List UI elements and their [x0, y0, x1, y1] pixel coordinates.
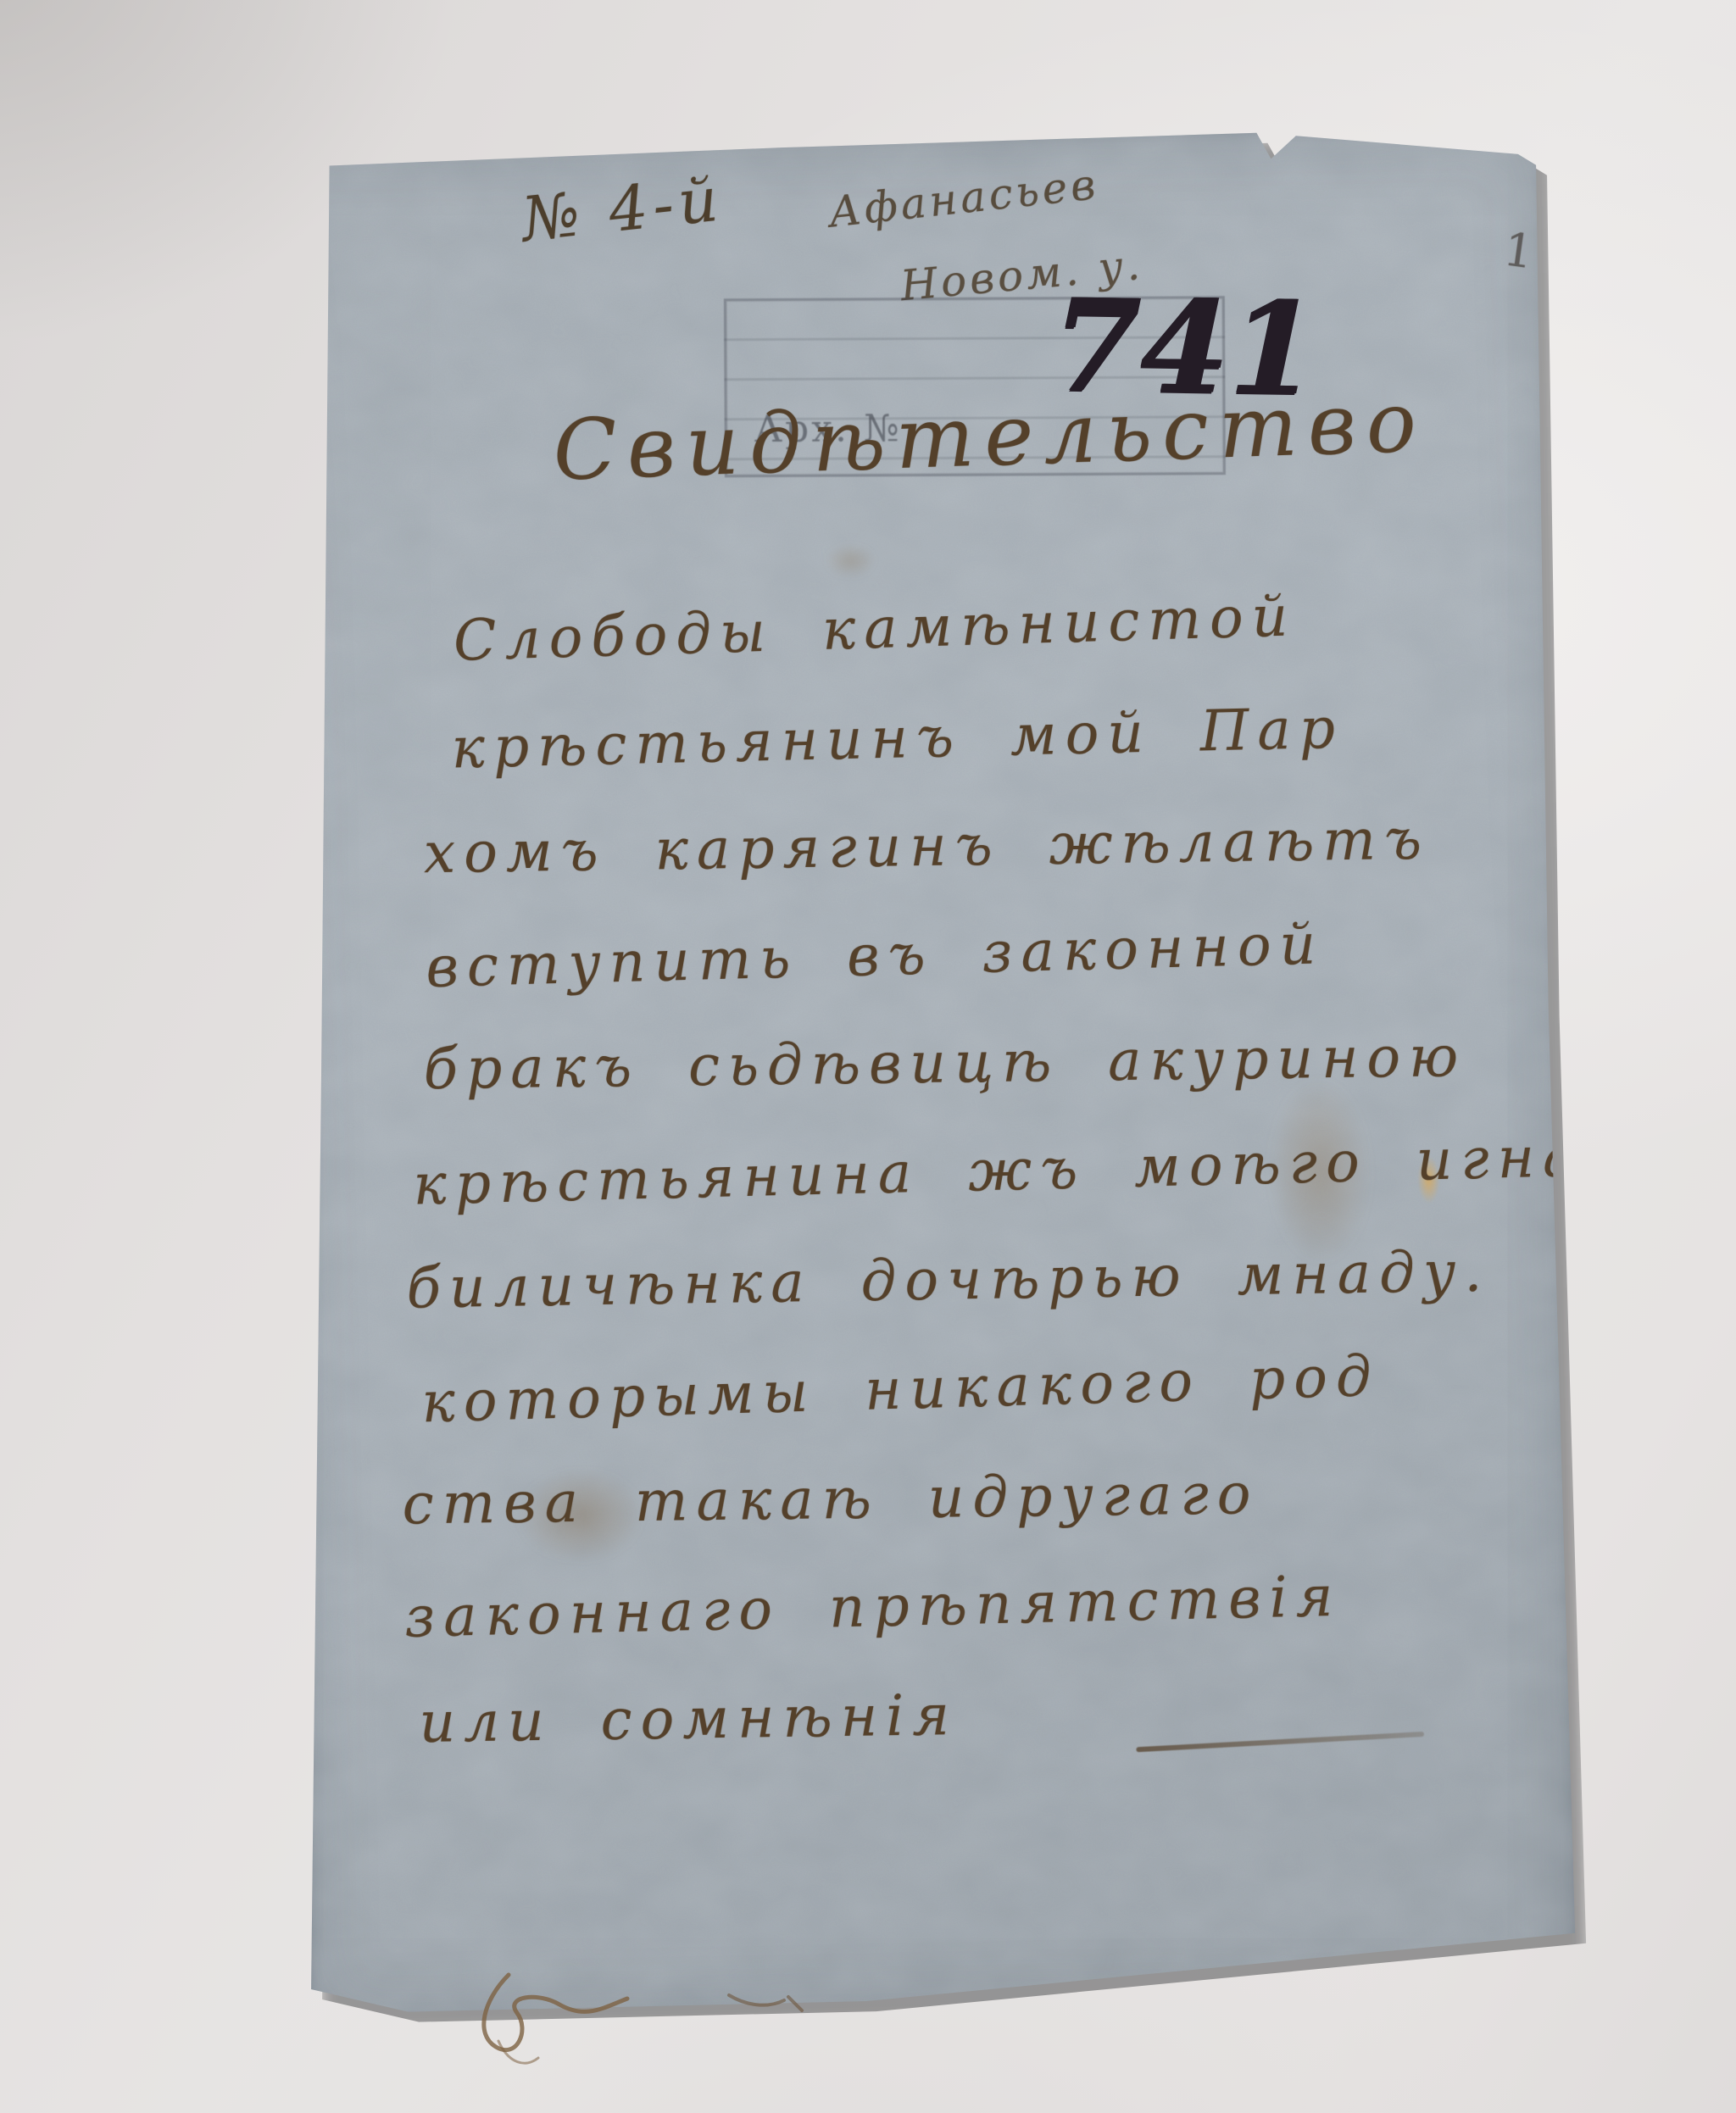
flourish-stroke	[1136, 1732, 1424, 1752]
case-number-annotation: № 4-й	[519, 163, 726, 255]
handwritten-line-8: которымы никакого род	[420, 1343, 1380, 1436]
handwritten-line-1: Слободы камѣнистой	[453, 583, 1297, 673]
handwritten-line-2: крѣстьянинъ мой Пар	[451, 696, 1344, 781]
handwritten-line-6: крѣстьянина жъ моѣго игната	[412, 1121, 1689, 1218]
handwritten-line-7: биличѣнка дочѣрью мнаду.	[406, 1238, 1491, 1321]
paper-stain	[825, 543, 876, 578]
photo-backdrop: № 4-й Афанасьев Новом. у. 1 Арх. № 741 С…	[0, 0, 1736, 2113]
handwritten-line-9: ства такаѣ идругаго	[402, 1461, 1260, 1537]
handwritten-line-11: или сомнѣнія	[419, 1682, 958, 1755]
handwritten-line-10: законнаго прѣпятствія	[403, 1564, 1342, 1650]
document-title: Свидѣтельство	[552, 374, 1427, 499]
handwritten-line-3: хомъ карягинъ жѣлаѣтъ	[423, 807, 1430, 887]
document-paper: № 4-й Афанасьев Новом. у. 1 Арх. № 741 С…	[275, 124, 1577, 2025]
surname-annotation: Афанасьев	[826, 159, 1101, 237]
corner-page-mark: 1	[1500, 222, 1537, 279]
handwritten-line-5: бракъ сьдѣвицѣ акуриною	[423, 1024, 1466, 1102]
handwritten-line-4: вступить въ законной	[425, 911, 1324, 1000]
